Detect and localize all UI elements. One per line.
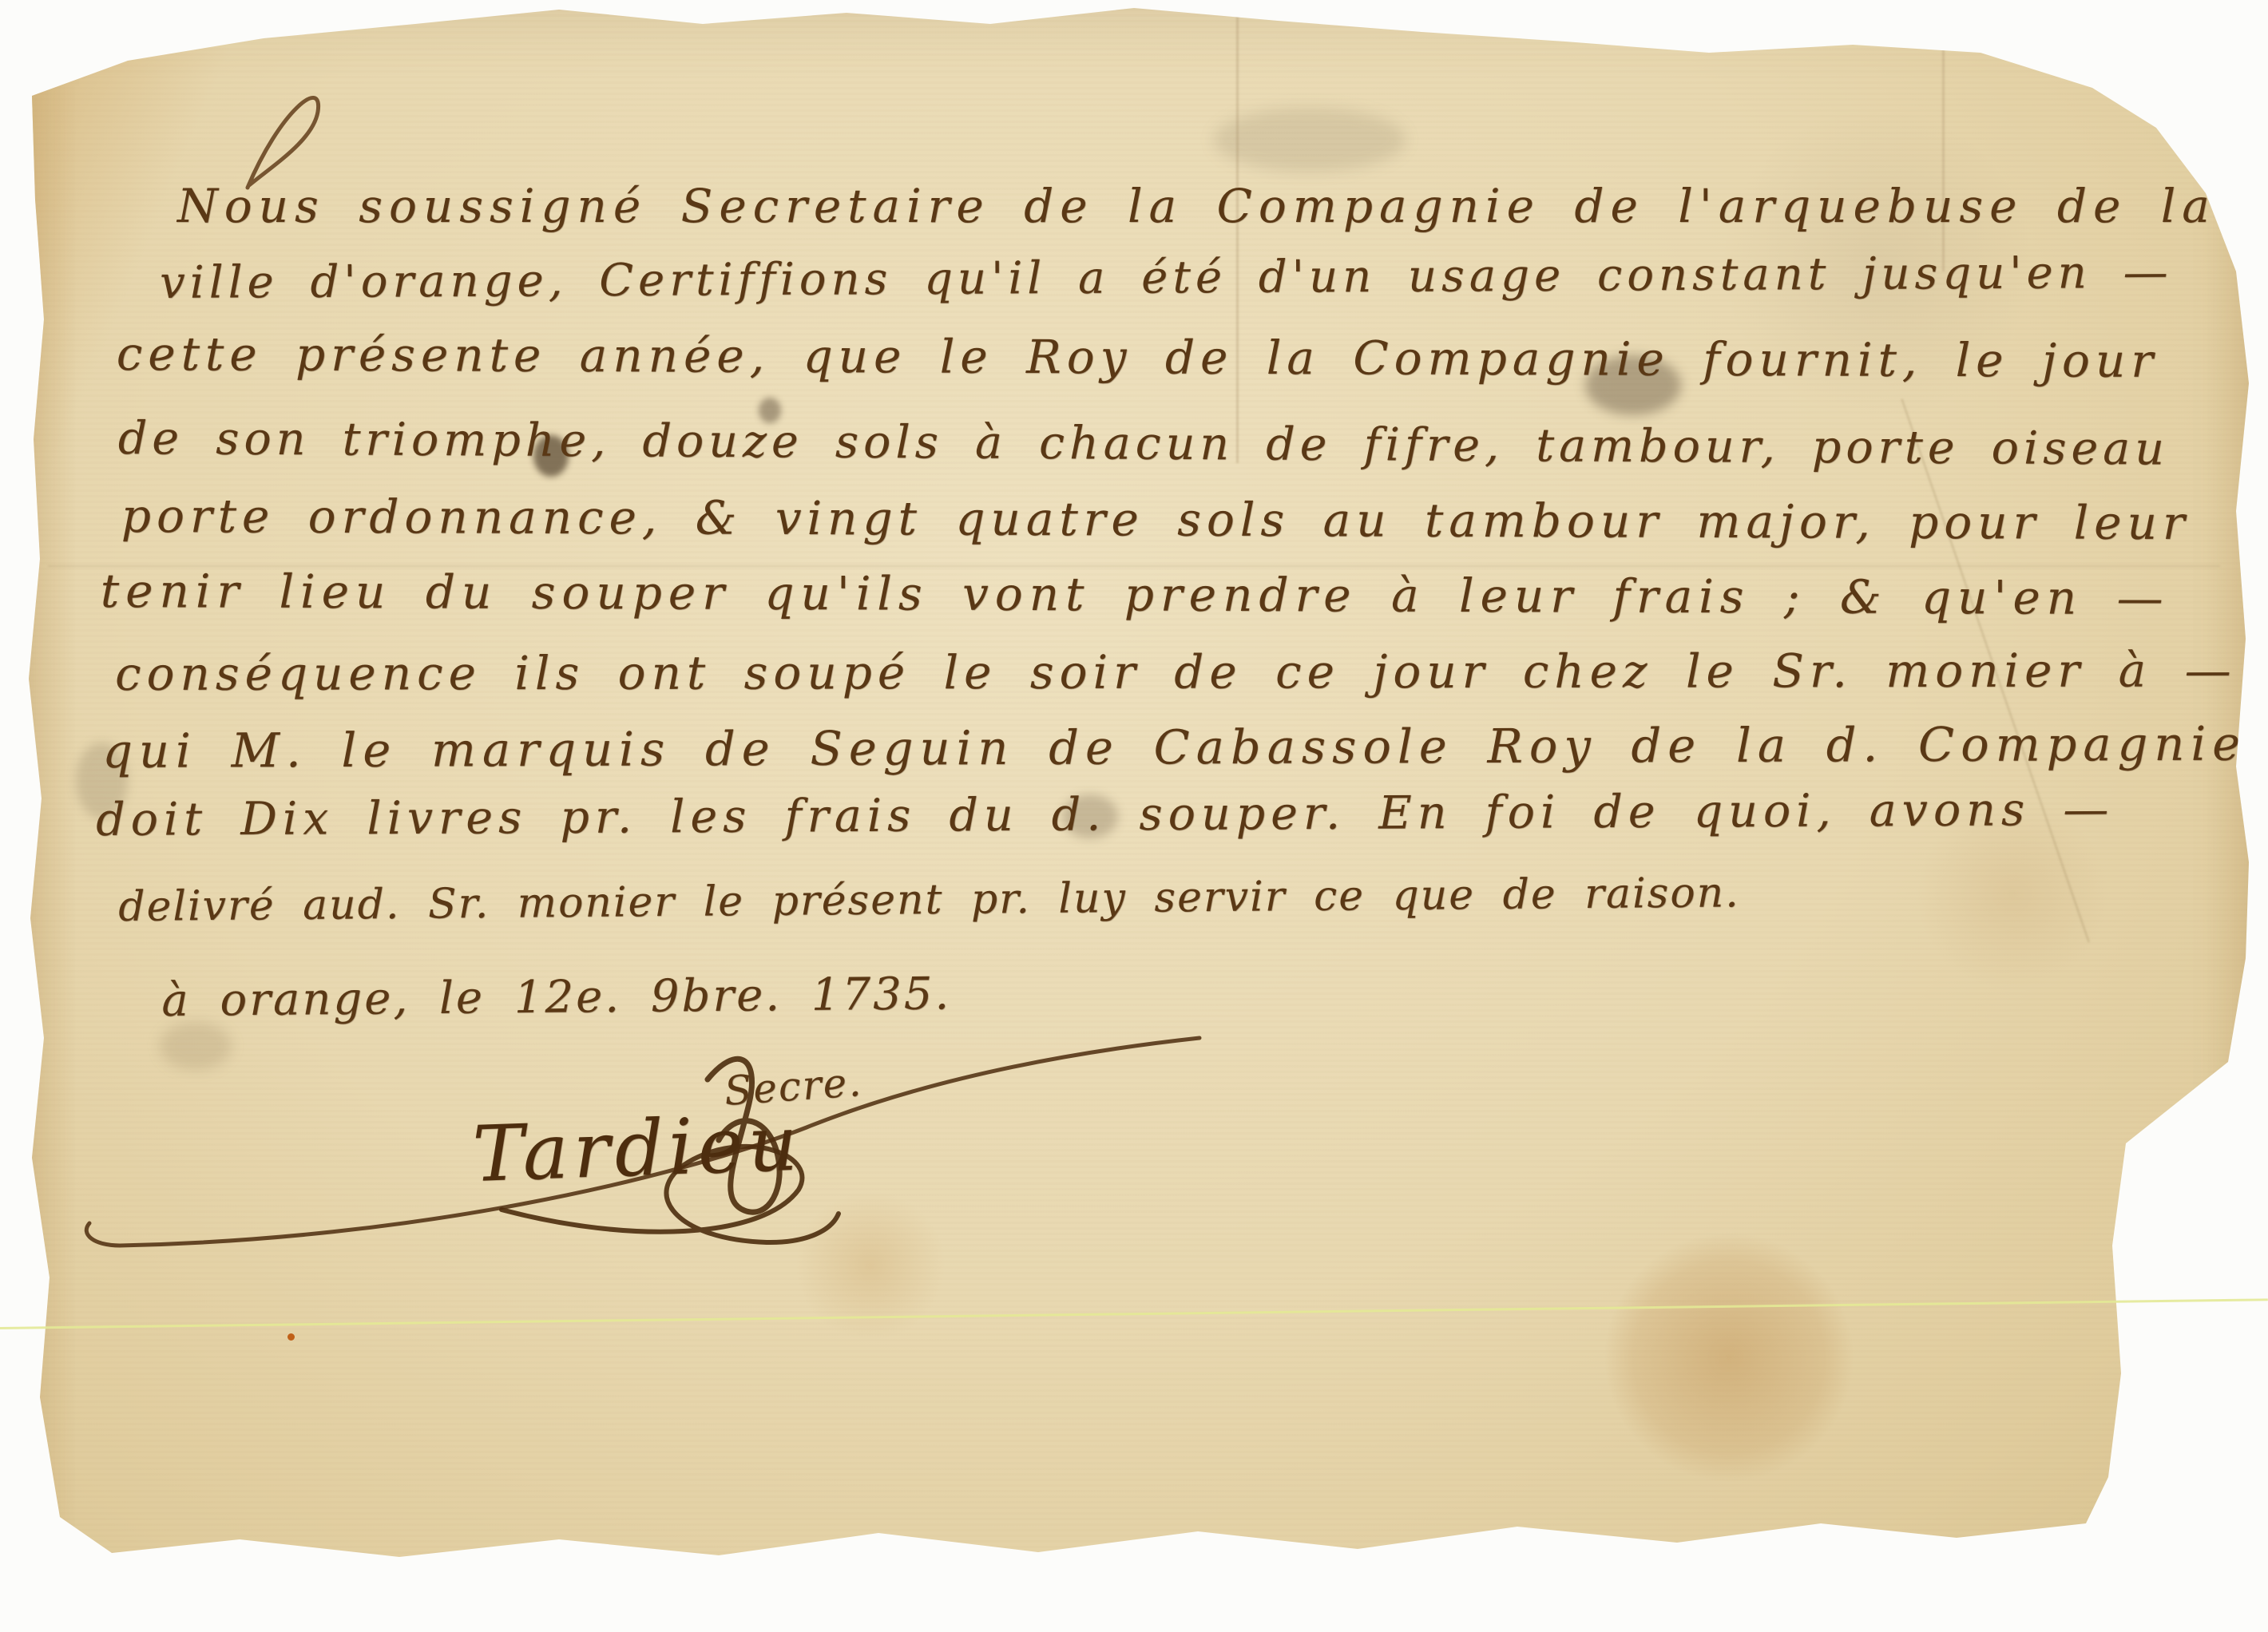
signature-name: Tardieu <box>471 1099 803 1199</box>
manuscript-line: delivré aud. Sr. monier le présent pr. l… <box>118 869 1740 931</box>
manuscript-line: ville d'orange, Certiffions qu'il a été … <box>160 247 2173 309</box>
dateline: à orange, le 12e. 9bre. 1735. <box>161 968 951 1027</box>
signature-title: Secre. <box>723 1059 864 1115</box>
paper-sheet: Nous soussigné Secretaire de la Compagni… <box>0 0 2268 1632</box>
manuscript-line: tenir lieu du souper qu'ils vont prendre… <box>101 564 2170 625</box>
manuscript-line: porte ordonnance, & vingt quatre sols au… <box>121 489 2191 550</box>
manuscript-line: de son triomphe, douze sols à chacun de … <box>118 412 2169 475</box>
manuscript-line: qui M. le marquis de Seguin de Cabassole… <box>102 716 2246 778</box>
manuscript-line: Nous soussigné Secretaire de la Compagni… <box>177 179 2216 233</box>
manuscript-line: conséquence ils ont soupé le soir de ce … <box>115 643 2237 701</box>
manuscript-line: doit Dix livres pr. les frais du d. soup… <box>96 783 2114 846</box>
scanned-document: Nous soussigné Secretaire de la Compagni… <box>0 0 2268 1632</box>
manuscript-text: Nous soussigné Secretaire de la Compagni… <box>0 0 2268 1632</box>
paper-speck <box>2030 46 2039 55</box>
manuscript-line: cette présente année, que le Roy de la C… <box>117 327 2159 388</box>
